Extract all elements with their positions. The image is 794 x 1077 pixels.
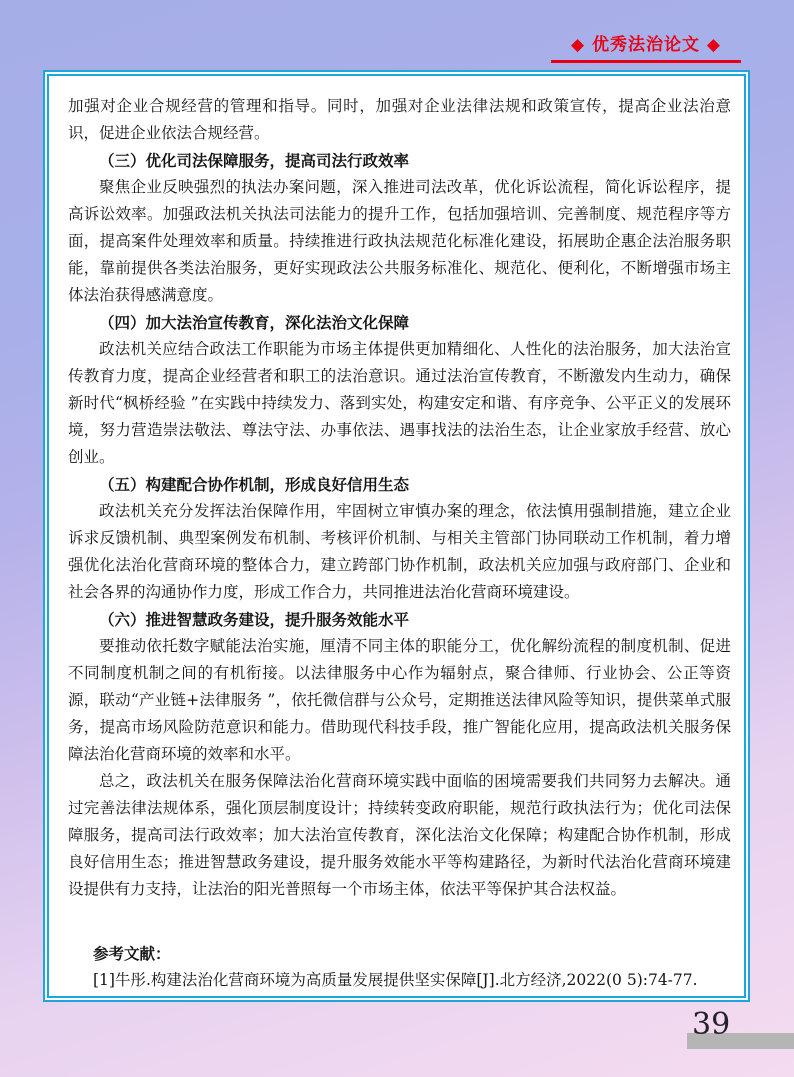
journal-section-title: ◆ 优秀法治论文 ◆ <box>551 30 741 63</box>
content-panel: 加强对企业合规经营的管理和指导。同时，加强对企业法律法规和政策宣传，提高企业法治… <box>43 70 750 1002</box>
paragraph-section-3: 聚焦企业反映强烈的执法办案问题，深入推进司法改革，优化诉讼流程，简化诉讼程序，提… <box>68 174 731 309</box>
references-block: 参考文献： [1]牛彤.构建法治化营商环境为高质量发展提供坚实保障[J].北方经… <box>93 940 731 998</box>
section-heading-6: （六）推进智慧政务建设，提升服务效能水平 <box>68 606 731 633</box>
references-heading: 参考文献： <box>93 940 731 967</box>
reference-item-2: [3]刘友倩.中国营商法治环境建设中的政府责任研究[D].黑龙江省社会科学院,2… <box>93 994 731 998</box>
paragraph-continued: 加强对企业合规经营的管理和指导。同时，加强对企业法律法规和政策宣传，提高企业法治… <box>68 93 731 147</box>
page-number: 39 <box>692 1007 730 1042</box>
paragraph-section-5: 政法机关充分发挥法治保障作用，牢固树立审慎办案的理念，依法慎用强制措施，建立企业… <box>68 498 731 606</box>
section-heading-4: （四）加大法治宣传教育，深化法治文化保障 <box>68 309 731 336</box>
paragraph-section-6: 要推动依托数字赋能法治实施，厘清不同主体的职能分工，优化解纷流程的制度机制、促进… <box>68 633 731 768</box>
paragraph-conclusion: 总之，政法机关在服务保障法治化营商环境实践中面临的困境需要我们共同努力去解决。通… <box>68 768 731 903</box>
paragraph-section-4: 政法机关应结合政法工作职能为市场主体提供更加精细化、人性化的法治服务，加大法治宣… <box>68 336 731 471</box>
section-heading-5: （五）构建配合协作机制，形成良好信用生态 <box>68 471 731 498</box>
article-body: 加强对企业合规经营的管理和指导。同时，加强对企业法律法规和政策宣传，提高企业法治… <box>49 76 744 998</box>
reference-item-1: [1]牛彤.构建法治化营商环境为高质量发展提供坚实保障[J].北方经济,2022… <box>93 967 731 994</box>
content-panel-inner-border: 加强对企业合规经营的管理和指导。同时，加强对企业法律法规和政策宣传，提高企业法治… <box>47 74 746 998</box>
section-heading-3: （三）优化司法保障服务，提高司法行政效率 <box>68 147 731 174</box>
